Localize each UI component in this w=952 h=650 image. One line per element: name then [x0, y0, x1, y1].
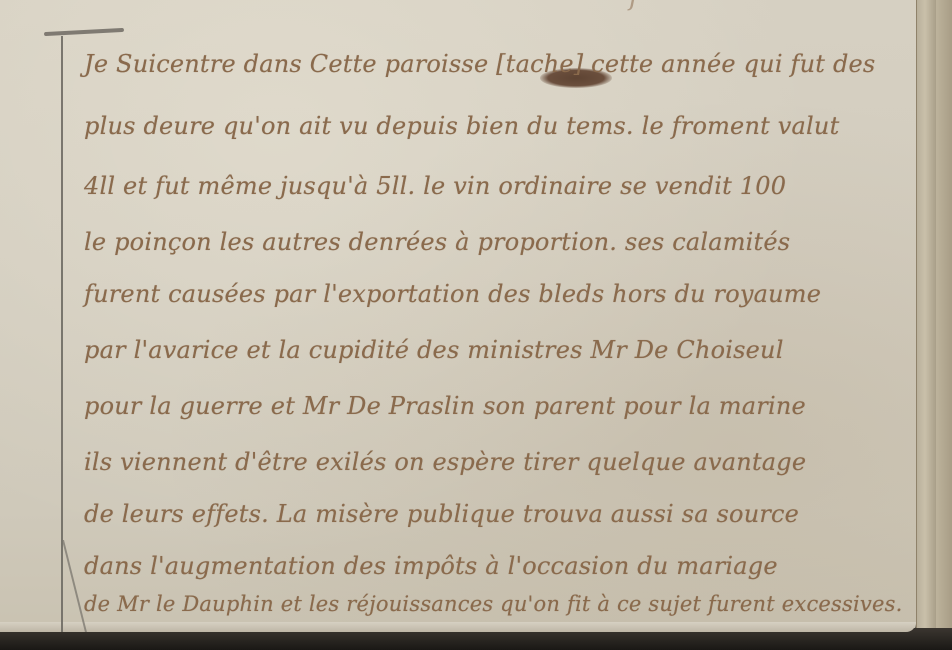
text-line-8: ils viennent d'être exilés on espère tir… [84, 448, 806, 476]
text-line-6: par l'avarice et la cupidité des ministr… [84, 336, 784, 364]
text-line-4: le poinçon les autres denrées à proporti… [84, 228, 790, 256]
manuscript-page [0, 0, 916, 638]
text-line-2: plus deure qu'on ait vu depuis bien du t… [84, 112, 839, 140]
text-line-11: de Mr le Dauphin et les réjouissances qu… [84, 592, 902, 616]
text-line-3: 4ll et fut même jusqu'à 5ll. le vin ordi… [84, 172, 786, 200]
text-line-9: de leurs effets. La misère publique trou… [84, 500, 799, 528]
text-line-1: Je Suicentre dans Cette paroisse [tache]… [84, 50, 875, 78]
text-line-7: pour la guerre et Mr De Praslin son pare… [84, 392, 806, 420]
page-edge-binding [936, 0, 952, 642]
top-writing-fragment: - f - [600, 0, 674, 12]
page-edge-right [916, 0, 937, 638]
page-bottom-edge [0, 622, 916, 632]
text-line-5: furent causées par l'exportation des ble… [84, 280, 821, 308]
text-line-10: dans l'augmentation des impôts à l'occas… [84, 552, 778, 580]
